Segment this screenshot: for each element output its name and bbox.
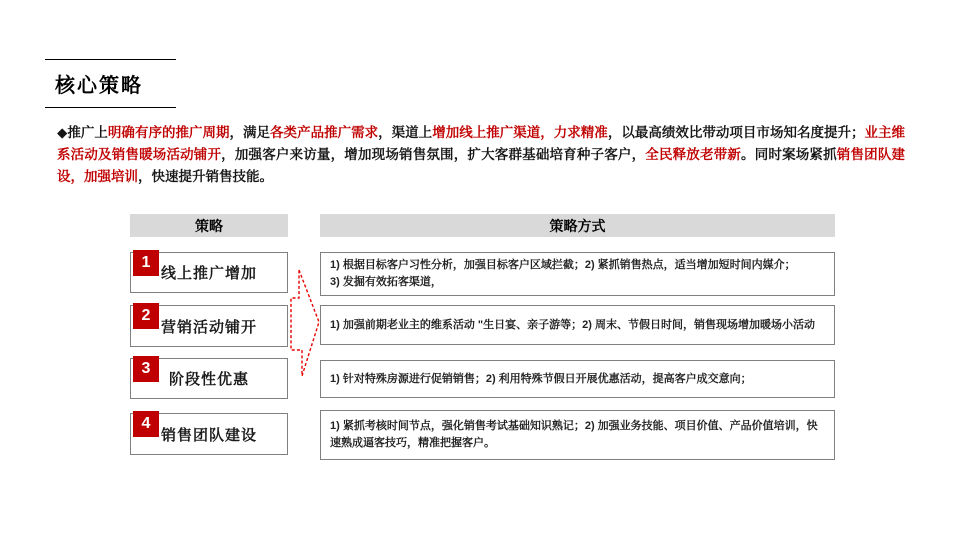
strategy-number-badge-3: 3 — [133, 356, 159, 382]
strategy-label-4: 销售团队建设 — [161, 424, 257, 445]
strategy-detail-text-3: 1) 针对特殊房源进行促销销售；2) 利用特殊节假日开展优惠活动，提高客户成交意… — [330, 371, 752, 388]
flow-arrow-icon — [289, 266, 321, 378]
intro-segment: ，加强客户来访量，增加现场销售氛围，扩大客群基础培育种子客户， — [221, 147, 645, 162]
intro-segment-highlight: 明确有序的推广周期 — [108, 125, 230, 140]
strategy-detail-text-2: 1) 加强前期老业主的维系活动 "生日宴、亲子游等；2) 周末、节假日时间，销售… — [330, 317, 815, 334]
intro-paragraph: ◆推广上明确有序的推广周期，满足各类产品推广需求，渠道上增加线上推广渠道，力求精… — [57, 122, 905, 188]
strategy-box-2: 2 营销活动铺开 — [130, 305, 288, 347]
strategy-detail-box-2: 1) 加强前期老业主的维系活动 "生日宴、亲子游等；2) 周末、节假日时间，销售… — [320, 305, 835, 345]
strategy-label-3: 阶段性优惠 — [169, 368, 249, 389]
intro-segment-highlight: 各类产品推广需求 — [270, 125, 378, 140]
page-title: 核心策略 — [55, 69, 176, 98]
strategy-box-1: 1 线上推广增加 — [130, 252, 288, 293]
title-rule-bottom — [45, 107, 176, 108]
strategy-detail-text-1: 1) 根据目标客户习性分析，加强目标客户区域拦截；2) 紧抓销售热点，适当增加短… — [330, 257, 796, 291]
intro-segment: ◆推广上 — [57, 125, 108, 140]
intro-segment-highlight: 全民释放老带新 — [645, 147, 741, 162]
intro-segment: ，满足 — [230, 125, 271, 140]
title-rule-top — [45, 59, 176, 60]
strategy-label-2: 营销活动铺开 — [161, 316, 257, 337]
intro-segment: ，渠道上 — [378, 125, 432, 140]
intro-segment: 。同时案场紧抓 — [741, 147, 837, 162]
presentation-slide: 核心策略 ◆推广上明确有序的推广周期，满足各类产品推广需求，渠道上增加线上推广渠… — [0, 0, 960, 540]
column-header-method: 策略方式 — [320, 214, 835, 237]
strategy-box-4: 4 销售团队建设 — [130, 413, 288, 455]
strategy-detail-text-4: 1) 紧抓考核时间节点，强化销售考试基础知识熟记；2) 加强业务技能、项目价值、… — [330, 418, 825, 452]
strategy-detail-box-3: 1) 针对特殊房源进行促销销售；2) 利用特殊节假日开展优惠活动，提高客户成交意… — [320, 360, 835, 398]
strategy-detail-box-1: 1) 根据目标客户习性分析，加强目标客户区域拦截；2) 紧抓销售热点，适当增加短… — [320, 252, 835, 296]
strategy-detail-box-4: 1) 紧抓考核时间节点，强化销售考试基础知识熟记；2) 加强业务技能、项目价值、… — [320, 410, 835, 460]
strategy-label-1: 线上推广增加 — [161, 262, 257, 283]
strategy-table: 策略 策略方式 1 线上推广增加 1) 根据目标客户习性分析，加强目标客户区域拦… — [130, 214, 835, 464]
strategy-box-3: 3 阶段性优惠 — [130, 358, 288, 399]
strategy-number-badge-4: 4 — [133, 411, 159, 437]
intro-segment: ，以最高绩效比带动项目市场知名度提升； — [608, 125, 865, 140]
strategy-number-badge-1: 1 — [133, 250, 159, 276]
title-block: 核心策略 — [45, 59, 176, 108]
intro-segment-highlight: 增加线上推广渠道，力求精准 — [432, 125, 608, 140]
column-header-strategy: 策略 — [130, 214, 288, 237]
intro-segment: ，快速提升销售技能。 — [138, 169, 273, 184]
strategy-number-badge-2: 2 — [133, 303, 159, 329]
